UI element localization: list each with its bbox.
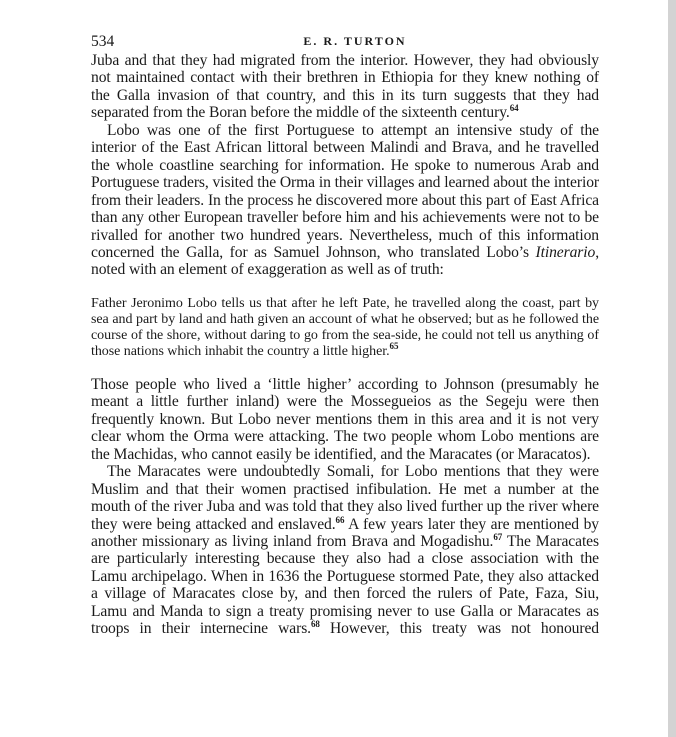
text-segment: However, this treaty was not honoured: [320, 620, 599, 637]
author-running-head: E. R. TURTON: [91, 34, 599, 49]
footnote-ref-65[interactable]: 65: [390, 341, 399, 351]
text-segment: Lobo was one of the first Portuguese to …: [91, 122, 599, 261]
paragraph-1: Juba and that they had migrated from the…: [91, 52, 599, 122]
paragraph-2: Lobo was one of the first Portuguese to …: [91, 122, 599, 279]
footnote-ref-64[interactable]: 64: [510, 103, 519, 113]
scrollbar-track[interactable]: [668, 0, 676, 737]
italic-title-itinerario: Itinerario: [536, 244, 596, 261]
footnote-ref-68[interactable]: 68: [311, 619, 320, 629]
paragraph-4: The Maracates were undoubtedly Somali, f…: [91, 463, 599, 638]
running-head: 534 E. R. TURTON: [91, 33, 599, 53]
body-text: Juba and that they had migrated from the…: [91, 52, 599, 638]
block-quote: Father Jeronimo Lobo tells us that after…: [91, 296, 599, 360]
footnote-ref-67[interactable]: 67: [493, 532, 502, 542]
quote-text: Father Jeronimo Lobo tells us that after…: [91, 296, 599, 359]
text-segment: Juba and that they had migrated from the…: [91, 52, 599, 121]
text-segment: Those people who lived a ‘little higher’…: [91, 376, 599, 463]
paragraph-3: Those people who lived a ‘little higher’…: [91, 376, 599, 463]
